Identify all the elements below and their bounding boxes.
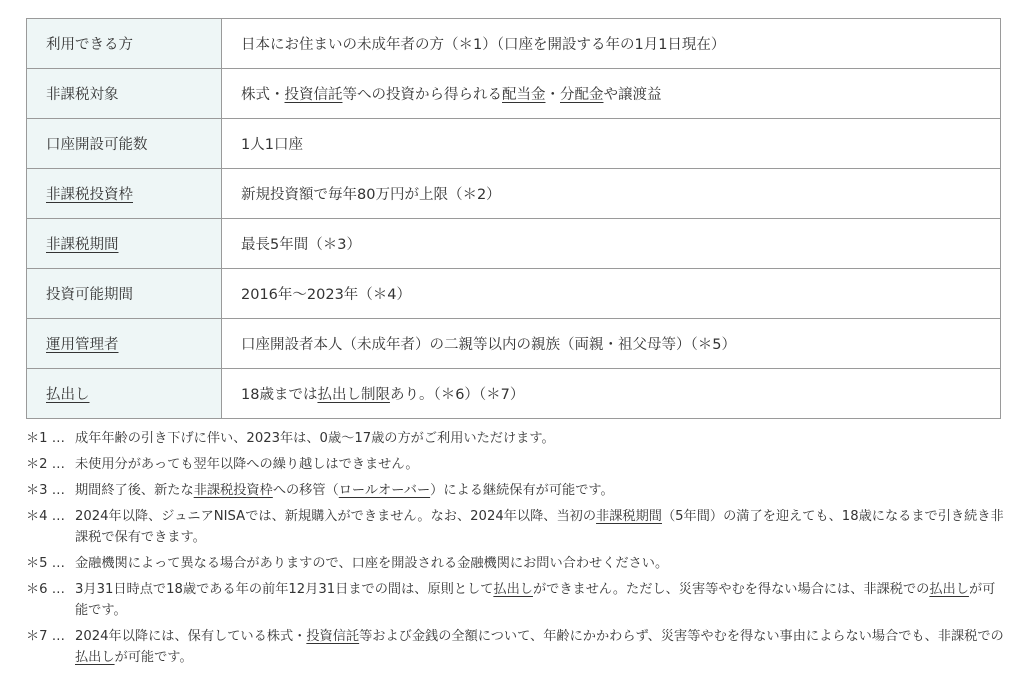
footnote-3: ＊3 … 期間終了後、新たな非課税投資枠への移管（ロールオーバー）による継続保有… xyxy=(26,480,1006,501)
row-value: 新規投資額で毎年80万円が上限（＊2） xyxy=(222,169,1001,219)
footnote-text: 3月31日時点で18歳である年の前年12月31日までの間は、原則として払出しがで… xyxy=(75,579,1006,621)
text: 等への投資から得られる xyxy=(343,87,503,103)
table-row-tax-free-period: 非課税期間 最長5年間（＊3） xyxy=(27,219,1001,269)
row-label: 投資可能期間 xyxy=(27,269,222,319)
footnote-2: ＊2 … 未使用分があっても翌年以降への繰り越しはできません。 xyxy=(26,454,1006,475)
link-tax-free-period[interactable]: 非課税期間 xyxy=(596,509,662,524)
footnote-text: 未使用分があっても翌年以降への繰り越しはできません。 xyxy=(75,454,1006,475)
junior-nisa-overview-table: 利用できる方 日本にお住まいの未成年者の方（＊1）（口座を開設する年の1月1日現… xyxy=(26,18,1001,419)
text: ができません。ただし、災害等やむを得ない場合には、非課税での xyxy=(533,582,929,597)
table-row-account-count: 口座開設可能数 1人1口座 xyxy=(27,119,1001,169)
link-withdrawal-restriction[interactable]: 払出し制限 xyxy=(317,387,390,403)
row-value: 日本にお住まいの未成年者の方（＊1）（口座を開設する年の1月1日現在） xyxy=(222,19,1001,69)
link-withdrawal[interactable]: 払出し xyxy=(75,650,115,665)
row-label: 非課税対象 xyxy=(27,69,222,119)
footnote-1: ＊1 … 成年年齢の引き下げに伴い、2023年は、0歳～17歳の方がご利用いただ… xyxy=(26,428,1006,449)
footnote-mark: ＊3 … xyxy=(26,480,75,501)
text: への移管（ xyxy=(273,483,339,498)
row-label: 非課税投資枠 xyxy=(27,169,222,219)
row-label: 払出し xyxy=(27,369,222,419)
row-value: 1人1口座 xyxy=(222,119,1001,169)
text: 2024年以降には、保有している株式・ xyxy=(75,629,306,644)
text: 18歳までは xyxy=(241,387,317,403)
footnote-6: ＊6 … 3月31日時点で18歳である年の前年12月31日までの間は、原則として… xyxy=(26,579,1006,621)
table-row-investment-period: 投資可能期間 2016年～2023年（＊4） xyxy=(27,269,1001,319)
link-dividend[interactable]: 配当金 xyxy=(502,87,546,103)
footnote-4: ＊4 … 2024年以降、ジュニアNISAでは、新規購入ができません。なお、20… xyxy=(26,506,1006,548)
footnote-text: 成年年齢の引き下げに伴い、2023年は、0歳～17歳の方がご利用いただけます。 xyxy=(75,428,1006,449)
footnotes: ＊1 … 成年年齢の引き下げに伴い、2023年は、0歳～17歳の方がご利用いただ… xyxy=(26,428,1006,673)
link-withdrawal[interactable]: 払出し xyxy=(929,582,969,597)
table-row-manager: 運用管理者 口座開設者本人（未成年者）の二親等以内の親族（両親・祖父母等）（＊5… xyxy=(27,319,1001,369)
footnote-text: 2024年以降には、保有している株式・投資信託等および金銭の全額について、年齢に… xyxy=(75,626,1006,668)
footnote-text: 期間終了後、新たな非課税投資枠への移管（ロールオーバー）による継続保有が可能です… xyxy=(75,480,1006,501)
text: 成年年齢の引き下げに伴い、2023年は、0歳～17歳の方がご利用いただけます。 xyxy=(75,431,555,446)
row-value: 最長5年間（＊3） xyxy=(222,219,1001,269)
text: 金融機関によって異なる場合がありますので、口座を開設される金融機関にお問い合わせ… xyxy=(75,556,668,571)
footnote-mark: ＊4 … xyxy=(26,506,75,548)
text: や譲渡益 xyxy=(604,87,662,103)
footnote-text: 金融機関によって異なる場合がありますので、口座を開設される金融機関にお問い合わせ… xyxy=(75,553,1006,574)
link-tax-free-period[interactable]: 非課税期間 xyxy=(46,237,119,253)
link-withdrawal[interactable]: 払出し xyxy=(493,582,533,597)
table-row-tax-free-limit: 非課税投資枠 新規投資額で毎年80万円が上限（＊2） xyxy=(27,169,1001,219)
text: 未使用分があっても翌年以降への繰り越しはできません。 xyxy=(75,457,419,472)
table-row-withdrawal: 払出し 18歳までは払出し制限あり。（＊6）（＊7） xyxy=(27,369,1001,419)
table-row-tax-exempt-target: 非課税対象 株式・投資信託等への投資から得られる配当金・分配金や譲渡益 xyxy=(27,69,1001,119)
text: 等および金銭の全額について、年齢にかかわらず、災害等やむを得ない事由によらない場… xyxy=(359,629,1004,644)
row-label: 非課税期間 xyxy=(27,219,222,269)
row-label: 口座開設可能数 xyxy=(27,119,222,169)
footnote-mark: ＊1 … xyxy=(26,428,75,449)
link-distribution[interactable]: 分配金 xyxy=(560,87,604,103)
footnote-mark: ＊2 … xyxy=(26,454,75,475)
footnote-7: ＊7 … 2024年以降には、保有している株式・投資信託等および金銭の全額につい… xyxy=(26,626,1006,668)
text: 2024年以降、ジュニアNISAでは、新規購入ができません。なお、2024年以降… xyxy=(75,509,596,524)
text: あり。（＊6）（＊7） xyxy=(390,387,524,403)
link-manager[interactable]: 運用管理者 xyxy=(46,337,119,353)
link-withdrawal[interactable]: 払出し xyxy=(46,387,90,403)
text: 期間終了後、新たな xyxy=(75,483,194,498)
footnote-mark: ＊6 … xyxy=(26,579,75,621)
row-value: 2016年～2023年（＊4） xyxy=(222,269,1001,319)
link-investment-trust[interactable]: 投資信託 xyxy=(306,629,359,644)
footnote-text: 2024年以降、ジュニアNISAでは、新規購入ができません。なお、2024年以降… xyxy=(75,506,1006,548)
row-label: 運用管理者 xyxy=(27,319,222,369)
link-tax-free-limit[interactable]: 非課税投資枠 xyxy=(194,483,273,498)
link-tax-free-limit[interactable]: 非課税投資枠 xyxy=(46,187,133,203)
row-value: 株式・投資信託等への投資から得られる配当金・分配金や譲渡益 xyxy=(222,69,1001,119)
footnote-mark: ＊5 … xyxy=(26,553,75,574)
text: ）による継続保有が可能です。 xyxy=(430,483,614,498)
table-row-eligible: 利用できる方 日本にお住まいの未成年者の方（＊1）（口座を開設する年の1月1日現… xyxy=(27,19,1001,69)
row-value: 口座開設者本人（未成年者）の二親等以内の親族（両親・祖父母等）（＊5） xyxy=(222,319,1001,369)
link-rollover[interactable]: ロールオーバー xyxy=(339,483,430,498)
footnote-5: ＊5 … 金融機関によって異なる場合がありますので、口座を開設される金融機関にお… xyxy=(26,553,1006,574)
row-value: 18歳までは払出し制限あり。（＊6）（＊7） xyxy=(222,369,1001,419)
text: 3月31日時点で18歳である年の前年12月31日までの間は、原則として xyxy=(75,582,493,597)
text: が可能です。 xyxy=(115,650,193,665)
footnote-mark: ＊7 … xyxy=(26,626,75,668)
link-investment-trust[interactable]: 投資信託 xyxy=(285,87,343,103)
text: ・ xyxy=(546,87,561,103)
text: 株式・ xyxy=(241,87,285,103)
row-label: 利用できる方 xyxy=(27,19,222,69)
